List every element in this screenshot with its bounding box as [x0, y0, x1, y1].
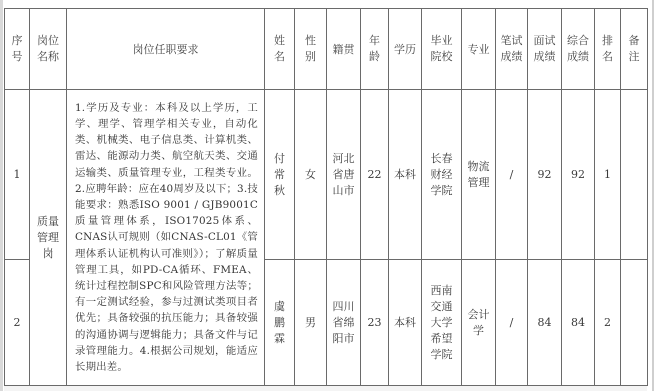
- header-education-label: 学历: [394, 43, 416, 56]
- header-age: 年龄: [361, 9, 389, 90]
- school-text: 西南交通大学希望学院: [429, 283, 453, 363]
- cell-remark: [621, 90, 648, 260]
- major-text: 会计学: [466, 307, 490, 339]
- cell-age: 22: [361, 90, 389, 260]
- candidate-name: 虞鹏霖: [273, 299, 285, 347]
- header-school-label: 毕业院校: [429, 33, 453, 65]
- header-total-score-label: 综合成绩: [566, 33, 590, 65]
- cell-age: 23: [361, 260, 389, 386]
- header-seq-label: 序号: [11, 33, 23, 65]
- cell-remark: [621, 260, 648, 386]
- header-written-score-label: 笔试成绩: [499, 33, 523, 65]
- header-seq: 序号: [5, 9, 30, 90]
- header-remark: 备注: [621, 9, 648, 90]
- header-row: 序号 岗位名称 岗位任职要求 姓名 性别 籍贯 年龄 学历 毕业院校 专业 笔试…: [5, 9, 648, 90]
- header-education: 学历: [389, 9, 422, 90]
- cell-rank: 1: [595, 90, 621, 260]
- position-name-text: 质量管理岗: [36, 214, 60, 262]
- cell-total-score: 92: [562, 90, 595, 260]
- school-text: 长春财经学院: [429, 151, 453, 199]
- cell-school: 长春财经学院: [422, 90, 462, 260]
- cell-gender: 男: [295, 260, 327, 386]
- cell-position-name: 质量管理岗: [30, 90, 67, 386]
- cell-total-score: 84: [562, 260, 595, 386]
- header-gender: 性别: [295, 9, 327, 90]
- header-rank: 排名: [595, 9, 621, 90]
- header-requirements: 岗位任职要求: [67, 9, 265, 90]
- header-major: 专业: [462, 9, 496, 90]
- cell-origin: 河北省唐山市: [327, 90, 361, 260]
- header-major-label: 专业: [468, 43, 490, 56]
- header-remark-label: 备注: [628, 33, 640, 65]
- header-name: 姓名: [265, 9, 295, 90]
- header-age-label: 年龄: [368, 33, 380, 65]
- header-name-label: 姓名: [273, 33, 285, 65]
- header-school: 毕业院校: [422, 9, 462, 90]
- cell-major: 会计学: [462, 260, 496, 386]
- cell-education: 本科: [389, 90, 422, 260]
- cell-written-score: /: [496, 260, 528, 386]
- cell-interview-score: 84: [528, 260, 562, 386]
- page-bottom-strip: [4, 386, 647, 391]
- header-interview-score-label: 面试成绩: [532, 33, 556, 65]
- header-interview-score: 面试成绩: [528, 9, 562, 90]
- candidate-results-table: 序号 岗位名称 岗位任职要求 姓名 性别 籍贯 年龄 学历 毕业院校 专业 笔试…: [4, 8, 648, 386]
- cell-origin: 四川省绵阳市: [327, 260, 361, 386]
- header-rank-label: 排名: [601, 33, 613, 65]
- header-written-score: 笔试成绩: [496, 9, 528, 90]
- header-requirements-label: 岗位任职要求: [133, 43, 199, 56]
- origin-text: 四川省绵阳市: [331, 299, 355, 347]
- cell-name: 付常秋: [265, 90, 295, 260]
- cell-seq: 1: [5, 90, 30, 260]
- header-position-label: 岗位名称: [36, 33, 60, 65]
- cell-written-score: /: [496, 90, 528, 260]
- header-origin-label: 籍贯: [333, 43, 355, 56]
- header-total-score: 综合成绩: [562, 9, 595, 90]
- cell-major: 物流管理: [462, 90, 496, 260]
- header-position: 岗位名称: [30, 9, 67, 90]
- cell-name: 虞鹏霖: [265, 260, 295, 386]
- page-edge-right: [652, 0, 654, 391]
- major-text: 物流管理: [466, 159, 490, 191]
- cell-school: 西南交通大学希望学院: [422, 260, 462, 386]
- header-origin: 籍贯: [327, 9, 361, 90]
- cell-rank: 2: [595, 260, 621, 386]
- cell-requirements: 1.学历及专业：本科及以上学历，工学、理学、管理学相关专业，自动化类、机械类、电…: [67, 90, 265, 386]
- table-row: 1 质量管理岗 1.学历及专业：本科及以上学历，工学、理学、管理学相关专业，自动…: [5, 90, 648, 260]
- cell-education: 本科: [389, 260, 422, 386]
- cell-seq: 2: [5, 260, 30, 386]
- candidate-name: 付常秋: [273, 151, 285, 199]
- cell-interview-score: 92: [528, 90, 562, 260]
- page-edge-left: [0, 0, 3, 391]
- cell-gender: 女: [295, 90, 327, 260]
- origin-text: 河北省唐山市: [331, 151, 355, 199]
- header-gender-label: 性别: [304, 33, 316, 65]
